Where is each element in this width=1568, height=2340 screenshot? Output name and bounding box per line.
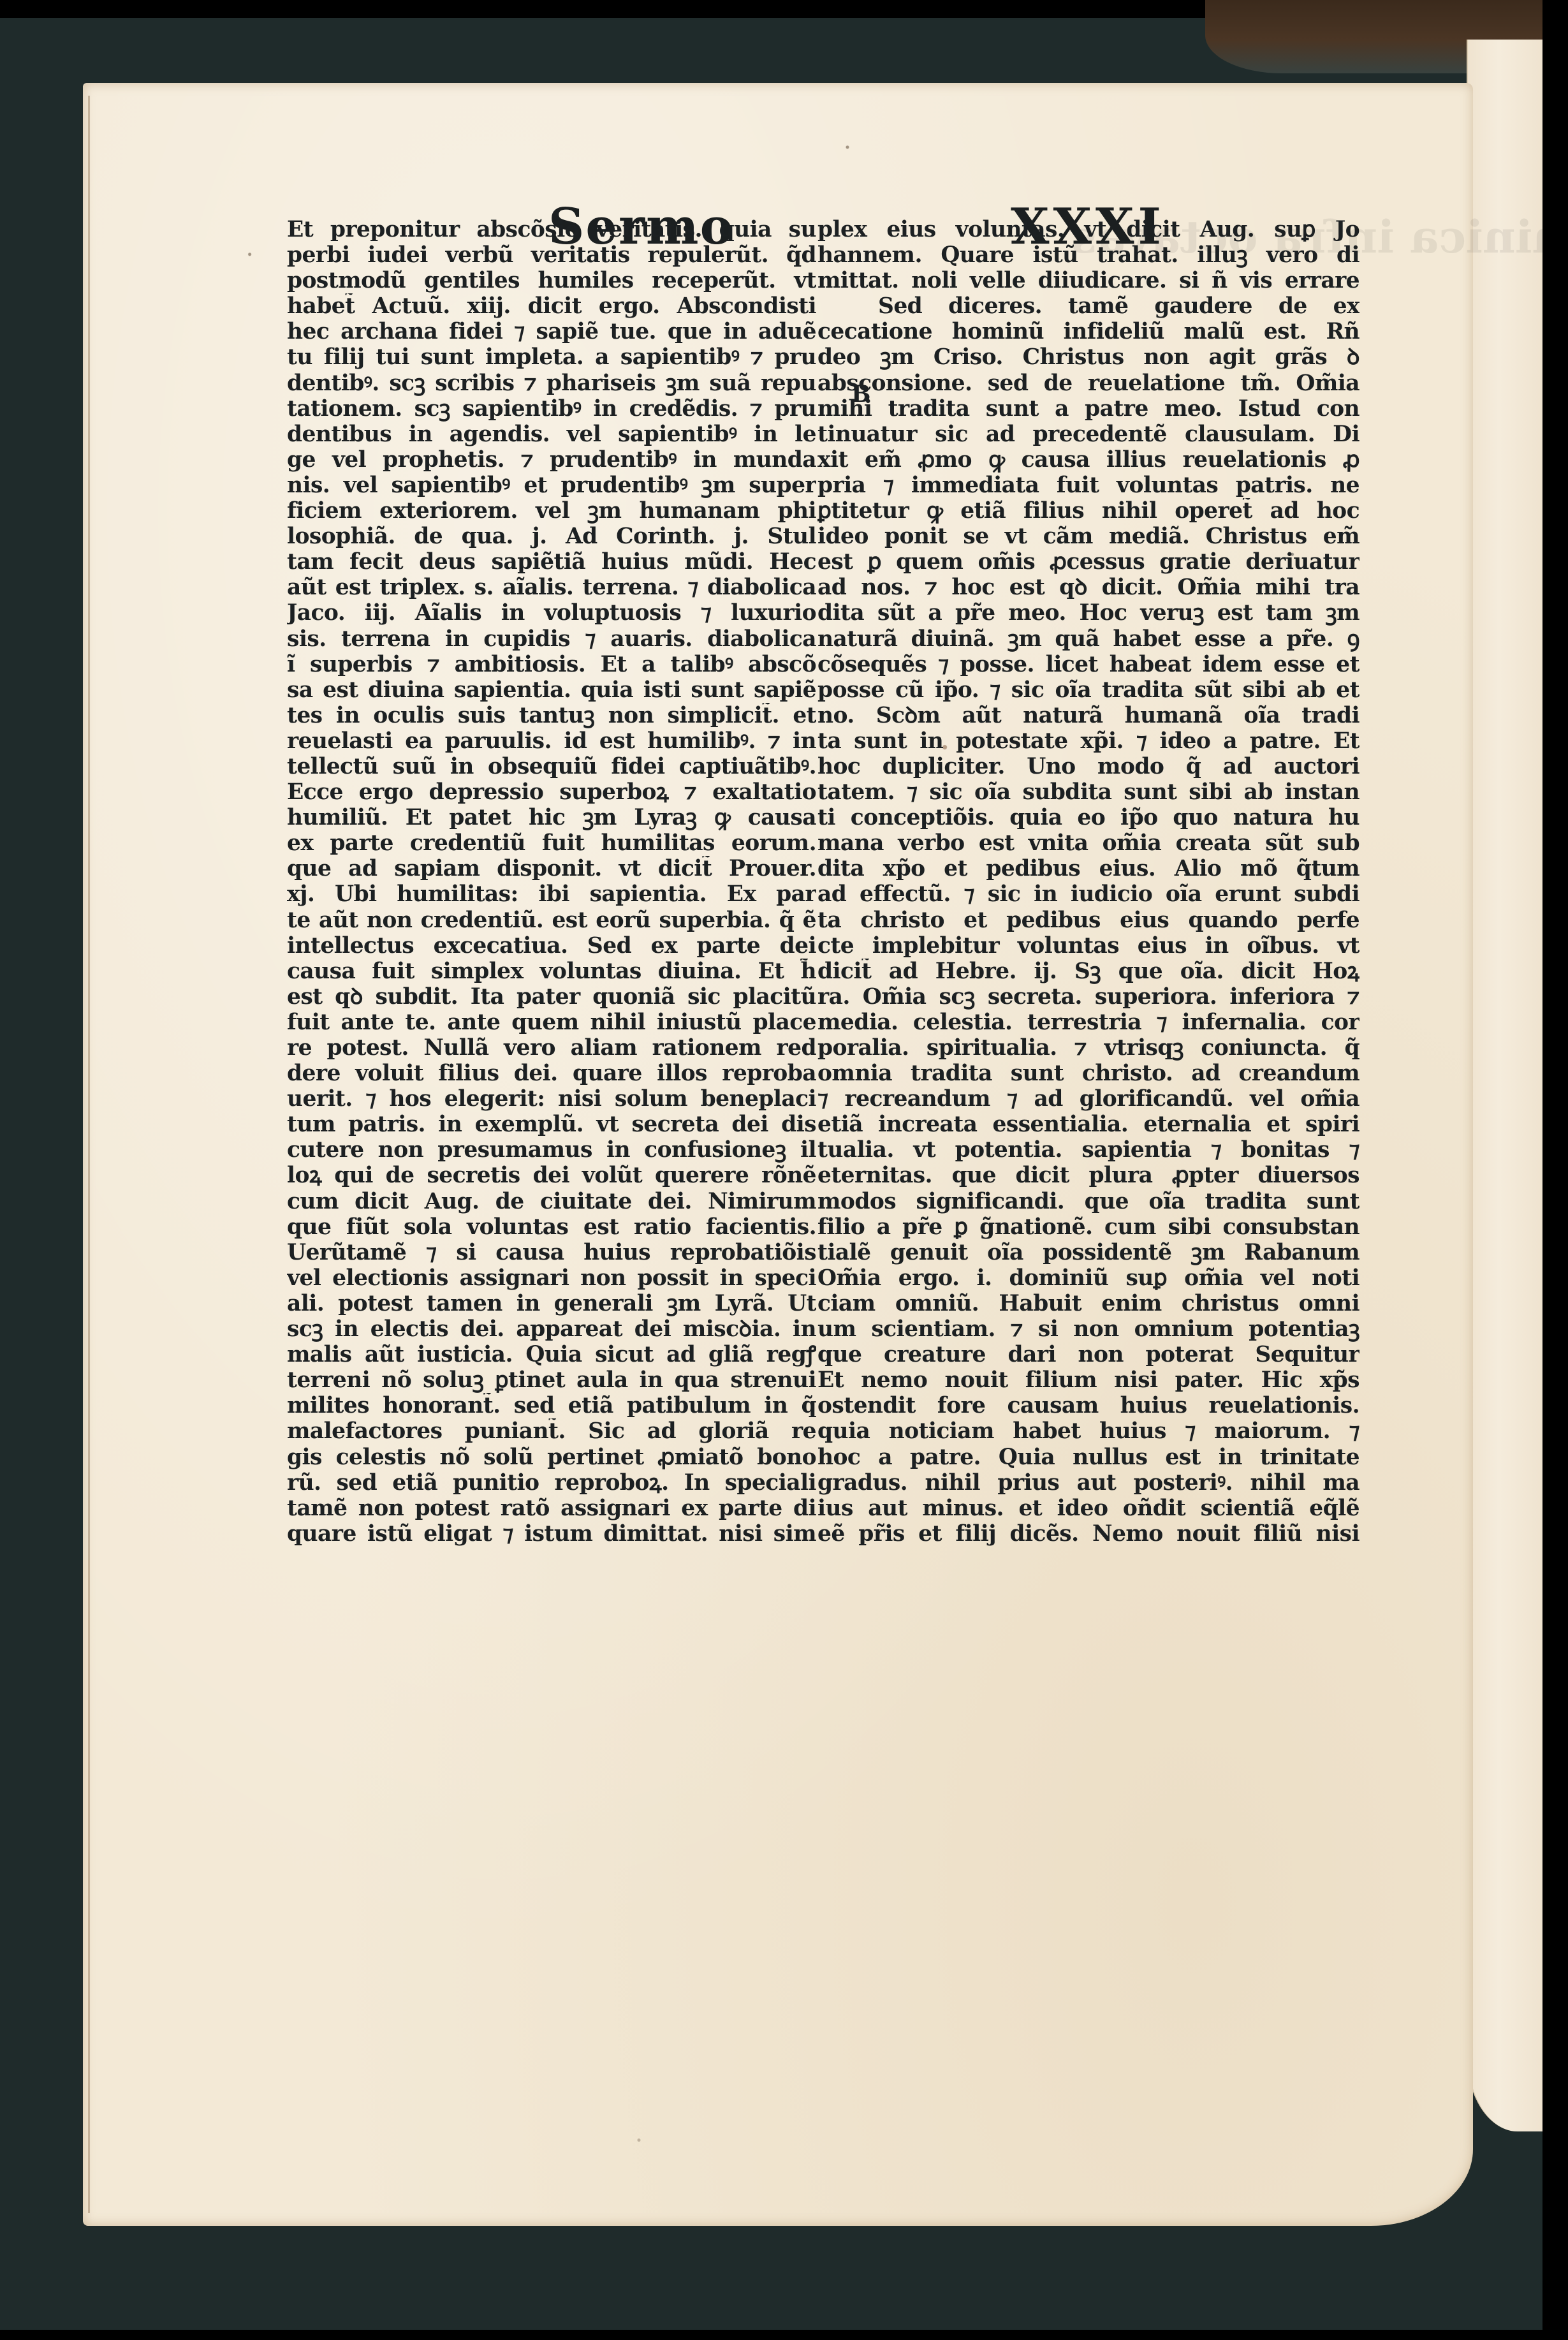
text-line: naturã diuinã. ꝫm quã habet esse a pr̃e.… <box>817 626 1359 652</box>
text-line: habet̃ Actuũ. xiij. dicit ergo. Abscondi… <box>287 293 816 319</box>
text-line: Om̃ia ergo. i. dominiũ suꝑ om̃ia vel not… <box>817 1265 1359 1291</box>
text-line: Et preponitur abscõsio veritatis. quia s… <box>287 217 816 242</box>
text-line: tum patris. in exemplũ. vt secreta dei d… <box>287 1112 816 1137</box>
text-line: Ecce ergo depressio superboꝝ ⁊ exaltatio <box>287 779 816 805</box>
text-line: ꝑtitetur ꝙ etiã filius nihil operet̃ ad … <box>817 498 1359 524</box>
text-line: quia noticiam habet huius ⁊ maiorum. ⁊ <box>817 1418 1359 1444</box>
text-line: perbi iudei verbũ veritatis repulerũt. q… <box>287 242 816 268</box>
text-line: ostendit fore causam huius reuelationis. <box>817 1393 1359 1418</box>
text-line: ius aut minus. et ideo oñdit scientiã eq… <box>817 1496 1359 1521</box>
scan-border-right <box>1542 0 1568 2340</box>
text-line: hoc a patre. Quia nullus est in trinitat… <box>817 1445 1359 1470</box>
text-line: mihi tradita sunt a patre meo. Istud con <box>817 396 1359 422</box>
text-line: tam fecit deus sapiẽtiã huius mũdi. Hec <box>287 549 816 575</box>
text-line: dere voluit filius dei. quare illos repr… <box>287 1061 816 1086</box>
text-line: dita xp̃o et pedibus eius. Alio mõ q̃tum <box>817 856 1359 881</box>
text-line: eẽ pr̃is et filij dicẽs. Nemo nouit fili… <box>817 1521 1359 1547</box>
text-line: tialẽ genuit oĩa possidentẽ ꝫm Rabanum <box>817 1240 1359 1265</box>
text-line: etiã increata essentialia. eternalia et … <box>817 1112 1359 1137</box>
text-line: uerit. ⁊ hos elegerit: nisi solum benepl… <box>287 1086 816 1112</box>
text-line: hoc dupliciter. Uno modo q̃ ad auctori <box>817 754 1359 779</box>
text-line: ⁊ recreandum ⁊ ad glorificandũ. vel om̃i… <box>817 1086 1359 1112</box>
text-line: gradus. nihil prius aut posteriꝰ. nihil … <box>817 1470 1359 1496</box>
text-line: ideo ponit se vt cãm mediã. Christus em̃ <box>817 524 1359 549</box>
text-line: modos significandi. que oĩa tradita sunt <box>817 1189 1359 1214</box>
text-line: ĩ superbis ⁊ ambitiosis. Et a talibꝰ abs… <box>287 652 816 677</box>
text-column-left: Et preponitur abscõsio veritatis. quia s… <box>287 217 816 1547</box>
text-line: media. celestia. terrestria ⁊ infernalia… <box>817 1010 1359 1035</box>
text-line: xj. Ubi humilitas: ibi sapientia. Ex par <box>287 881 816 907</box>
text-line: tu filij tui sunt impleta. a sapientibꝰ … <box>287 344 816 370</box>
text-line: cum dicit Aug. de ciuitate dei. Nimirum <box>287 1189 816 1214</box>
text-line: re potest. Nullã vero aliam rationem red <box>287 1035 816 1061</box>
text-line: cõsequẽs ⁊ posse. licet habeat idem esse… <box>817 652 1359 677</box>
text-line: tellectũ suũ in obsequiũ fidei captiuãti… <box>287 754 816 779</box>
text-column-right: plex eius voluntas. vt dicit Aug. suꝑ Jo… <box>817 217 1359 1547</box>
text-line: que fiũt sola voluntas est ratio facient… <box>287 1214 816 1240</box>
text-line: Sed diceres. tamẽ gaudere de ex <box>817 293 1359 319</box>
text-line: pria ⁊ immediata fuit voluntas patris. n… <box>817 473 1359 498</box>
text-line: dentibus in agendis. vel sapientibꝰ in l… <box>287 422 816 447</box>
text-line: ta christo et pedibus eius quando perfe <box>817 908 1359 933</box>
text-line: malefactores puniant̃. Sic ad gloriã re <box>287 1418 816 1444</box>
scan-border-bottom <box>0 2330 1568 2340</box>
adjacent-leaf-edge <box>1467 40 1544 2131</box>
text-line: ta sunt in potestate xp̃i. ⁊ ideo a patr… <box>817 728 1359 754</box>
text-line: tualia. vt potentia. sapientia ⁊ bonitas… <box>817 1137 1359 1163</box>
text-line: hec archana fidei ⁊ sapiẽ tue. que in ad… <box>287 319 816 344</box>
text-line: um scientiam. ⁊ si non omnium potentiaꝫ <box>817 1316 1359 1342</box>
text-line: humiliũ. Et patet hic ꝫm Lyraꝫ ꝙ causa <box>287 805 816 830</box>
text-line: poralia. spiritualia. ⁊ vtrisqꝫ coniunct… <box>817 1035 1359 1061</box>
text-line: no. Scꝺm aũt naturã humanã oĩa tradi <box>817 703 1359 728</box>
text-line: malis aũt iusticia. Quia sicut ad gliã r… <box>287 1342 816 1367</box>
text-line: intellectus excecatiua. Sed ex parte dei <box>287 933 816 959</box>
text-line: ad nos. ⁊ hoc est qꝺ dicit. Om̃ia mihi t… <box>817 575 1359 600</box>
text-line: scꝫ in electis dei. appareat dei miscꝺia… <box>287 1316 816 1342</box>
text-line: dentibꝰ. scꝫ scribis ⁊ phariseis ꝫm suã … <box>287 371 816 396</box>
text-line: tinuatur sic ad precedentẽ clausulam. Di <box>817 422 1359 447</box>
text-line: causa fuit simplex voluntas diuina. Et h… <box>287 959 816 984</box>
text-line: terreni nõ soluꝫ ꝑtinet aula in qua stre… <box>287 1367 816 1393</box>
text-line: dita sũt a pr̃e meo. Hoc veruꝫ est tam ꝫ… <box>817 600 1359 626</box>
text-line: Uerũtamẽ ⁊ si causa huius reprobatiõis <box>287 1240 816 1265</box>
text-line: ali. potest tamen in generali ꝫm Lyrã. U… <box>287 1291 816 1316</box>
text-line: cte implebitur voluntas eius in oĩbus. v… <box>817 933 1359 959</box>
text-line: cecatione hominũ infideliũ malũ est. Rñ <box>817 319 1359 344</box>
text-line: mana verbo est vnita om̃ia creata sũt su… <box>817 830 1359 856</box>
text-line: vel electionis assignari non possit in s… <box>287 1265 816 1291</box>
text-line: omnia tradita sunt christo. ad creandum <box>817 1061 1359 1086</box>
text-line: eternitas. que dicit plura ꝓpter diuerso… <box>817 1163 1359 1188</box>
text-line: ciam omniũ. Habuit enim christus omni <box>817 1291 1359 1316</box>
text-line: xit em̃ ꝓmo ꝙ causa illius reuelationis … <box>817 447 1359 473</box>
text-line: Et nemo nouit filium nisi pater. Hic xp̃… <box>817 1367 1359 1393</box>
text-line: absconsione. sed de reuelatione tm̃. Om̃… <box>817 371 1359 396</box>
text-line: mittat. noli velle diiudicare. si ñ vis … <box>817 268 1359 293</box>
text-line: deo ꝫm Criso. Christus non agit grãs ꝺ <box>817 344 1359 370</box>
text-line: fuit ante te. ante quem nihil iniustũ pl… <box>287 1010 816 1035</box>
text-line: gis celestis nõ solũ pertinet ꝓmiatõ bon… <box>287 1445 816 1470</box>
text-line: dicit̃ ad Hebre. ij. Sꝫ que oĩa. dicit H… <box>817 959 1359 984</box>
text-line: ge vel prophetis. ⁊ prudentibꝰ in munda <box>287 447 816 473</box>
text-line: milites honorant̃. sed etiã patibulum in… <box>287 1393 816 1418</box>
text-line: filio a pr̃e ꝑ g̃nationẽ. cum sibi consu… <box>817 1214 1359 1240</box>
text-line: ex parte credentiũ fuit humilitas eorum. <box>287 830 816 856</box>
text-line: tamẽ non potest ratõ assignari ex parte … <box>287 1496 816 1521</box>
text-line: que ad sapiam disponit. vt dicit̃ Prouer… <box>287 856 816 881</box>
text-line: ficiem exteriorem. vel ꝫm humanam phi <box>287 498 816 524</box>
text-line: nis. vel sapientibꝰ et prudentibꝰ ꝫm sup… <box>287 473 816 498</box>
text-line: que creature dari non poterat Sequitur <box>817 1342 1359 1367</box>
text-line: aũt est triplex. s. aĩalis. terrena. ⁊ d… <box>287 575 816 600</box>
text-line: Jaco. iij. Aĩalis in voluptuosis ⁊ luxur… <box>287 600 816 626</box>
text-line: tatem. ⁊ sic oĩa subdita sunt sibi ab in… <box>817 779 1359 805</box>
text-line: ti conceptiõis. quia eo ip̃o quo natura … <box>817 805 1359 830</box>
text-line: plex eius voluntas. vt dicit Aug. suꝑ Jo <box>817 217 1359 242</box>
text-line: te aũt non credentiũ. est eorũ superbia.… <box>287 908 816 933</box>
text-line: cutere non presumamus in confusioneꝫ il <box>287 1137 816 1163</box>
text-line: quare istũ eligat ⁊ istum dimittat. nisi… <box>287 1521 816 1547</box>
text-line: est qꝺ subdit. Ita pater quoniã sic plac… <box>287 984 816 1010</box>
marginal-section-letter: B <box>851 381 870 408</box>
text-line: losophiã. de qua. j. Ad Corinth. j. Stul <box>287 524 816 549</box>
text-line: hannem. Quare istũ trahat. illuꝫ vero di <box>817 242 1359 268</box>
text-line: tes in oculis suis tantuꝫ non simplicit̃… <box>287 703 816 728</box>
text-line: postmodũ gentiles humiles receperũt. vt <box>287 268 816 293</box>
text-line: ad effectũ. ⁊ sic in iudicio oĩa erunt s… <box>817 881 1359 907</box>
text-line: tationem. scꝫ sapientibꝰ in credẽdis. ⁊ … <box>287 396 816 422</box>
text-line: rũ. sed etiã punitio reproboꝝ. In specia… <box>287 1470 816 1496</box>
text-line: loꝝ qui de secretis dei volũt querere rõ… <box>287 1163 816 1188</box>
text-line: reuelasti ea paruulis. id est humilibꝰ. … <box>287 728 816 754</box>
text-line: ra. Om̃ia scꝫ secreta. superiora. inferi… <box>817 984 1359 1010</box>
text-line: sis. terrena in cupidis ⁊ auaris. diabol… <box>287 626 816 652</box>
text-line: est ꝑ quem om̃is ꝓcessus gratie deriuatu… <box>817 549 1359 575</box>
text-line: sa est diuina sapientia. quia isti sunt … <box>287 677 816 703</box>
text-line: posse cũ ip̃o. ⁊ sic oĩa tradita sũt sib… <box>817 677 1359 703</box>
